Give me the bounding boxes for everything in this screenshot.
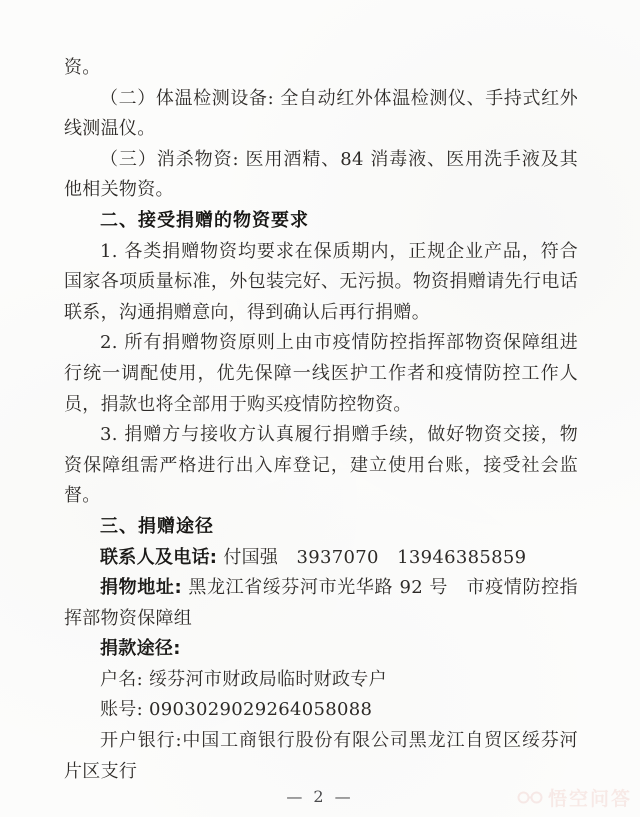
contact-phone-line: 联系人及电话: 付国强 3937070 13946385859: [64, 543, 578, 574]
bank-name-line: 开户银行:中国工商银行股份有限公司黑龙江自贸区绥芬河片区支行: [64, 726, 578, 787]
account-number-value: 0903029029264058088: [143, 699, 372, 720]
paragraph-item-3: （三）消杀物资: 医用酒精、84 消毒液、医用洗手液及其他相关物资。: [64, 145, 578, 206]
wukong-goggles-logo-icon: [517, 790, 543, 805]
watermark-wukong: 悟空问答: [517, 784, 632, 811]
section-heading-2: 二、接受捐赠的物资要求: [64, 206, 578, 237]
scanned-document-page: 资。 （二）体温检测设备: 全自动红外体温检测仪、手持式红外线测温仪。 （三）消…: [0, 0, 640, 817]
bank-name-label: 开户银行:: [100, 730, 182, 751]
paragraph-rule-3: 3. 捐赠方与接收方认真履行捐赠手续，做好物资交接，物资保障组需严格进行出入库登…: [64, 420, 578, 512]
section-heading-3: 三、捐赠途径: [64, 512, 578, 543]
watermark-text: 悟空问答: [548, 784, 632, 811]
contact-phone-value: 付国强 3937070 13946385859: [217, 547, 526, 568]
paragraph-rule-1: 1. 各类捐赠物资均要求在保质期内，正规企业产品，符合国家各项质量标准，外包装完…: [64, 237, 578, 329]
paragraph-continuation: 资。: [64, 53, 578, 84]
document-body: 资。 （二）体温检测设备: 全自动红外体温检测仪、手持式红外线测温仪。 （三）消…: [64, 53, 578, 787]
account-name-line: 户名: 绥芬河市财政局临时财政专户: [64, 665, 578, 696]
donation-address-line: 捐物地址: 黑龙江省绥芬河市光华路 92 号 市疫情防控指挥部物资保障组: [64, 573, 578, 634]
donation-channel-label: 捐款途径:: [100, 638, 181, 659]
contact-phone-label: 联系人及电话:: [100, 547, 217, 568]
account-number-line: 账号: 0903029029264058088: [64, 695, 578, 726]
account-number-label: 账号:: [100, 699, 143, 720]
account-name-value: 绥芬河市财政局临时财政专户: [143, 669, 387, 690]
paragraph-item-2: （二）体温检测设备: 全自动红外体温检测仪、手持式红外线测温仪。: [64, 84, 578, 145]
donation-channel-line: 捐款途径:: [64, 634, 578, 665]
donation-address-label: 捐物地址:: [100, 577, 182, 598]
account-name-label: 户名:: [100, 669, 143, 690]
paragraph-rule-2: 2. 所有捐赠物资原则上由市疫情防控指挥部物资保障组进行统一调配使用，优先保障一…: [64, 328, 578, 420]
